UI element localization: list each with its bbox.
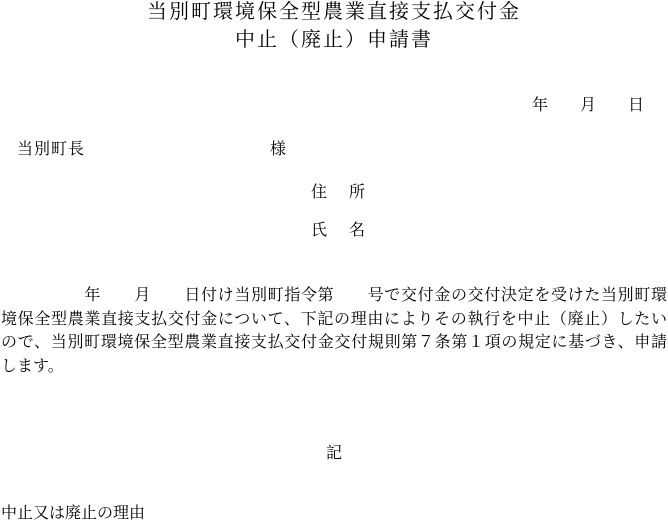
- body-line: 年 月 日付け当別町指令第 号で交付金の交付決定を受けた当別町環: [1, 284, 667, 308]
- addressee-name: 当別町長: [17, 141, 85, 158]
- applicant-name-label: 氏 名: [311, 222, 368, 239]
- addressee-honorific: 様: [270, 141, 286, 158]
- date-line: 年 月 日: [532, 97, 644, 114]
- body-line: します。: [1, 355, 667, 379]
- document-title-line1: 当別町環境保全型農業直接支払交付金: [0, 0, 668, 26]
- section-marker: 記: [0, 445, 668, 462]
- body-line: ので、当別町環境保全型農業直接支払交付金交付規則第７条第１項の規定に基づき、申請: [1, 331, 667, 355]
- reason-label: 中止又は廃止の理由: [1, 505, 145, 523]
- document-title: 当別町環境保全型農業直接支払交付金 中止（廃止）申請書: [0, 0, 668, 54]
- body-paragraph: 年 月 日付け当別町指令第 号で交付金の交付決定を受けた当別町環 境保全型農業直…: [1, 284, 667, 378]
- applicant-address-label: 住 所: [311, 184, 368, 201]
- body-line: 境保全型農業直接支払交付金について、下記の理由によりその執行を中止（廃止）したい: [1, 308, 667, 332]
- document-title-line2: 中止（廃止）申請書: [0, 26, 668, 54]
- application-form-page: 当別町環境保全型農業直接支払交付金 中止（廃止）申請書 年 月 日 当別町長 様…: [0, 0, 668, 526]
